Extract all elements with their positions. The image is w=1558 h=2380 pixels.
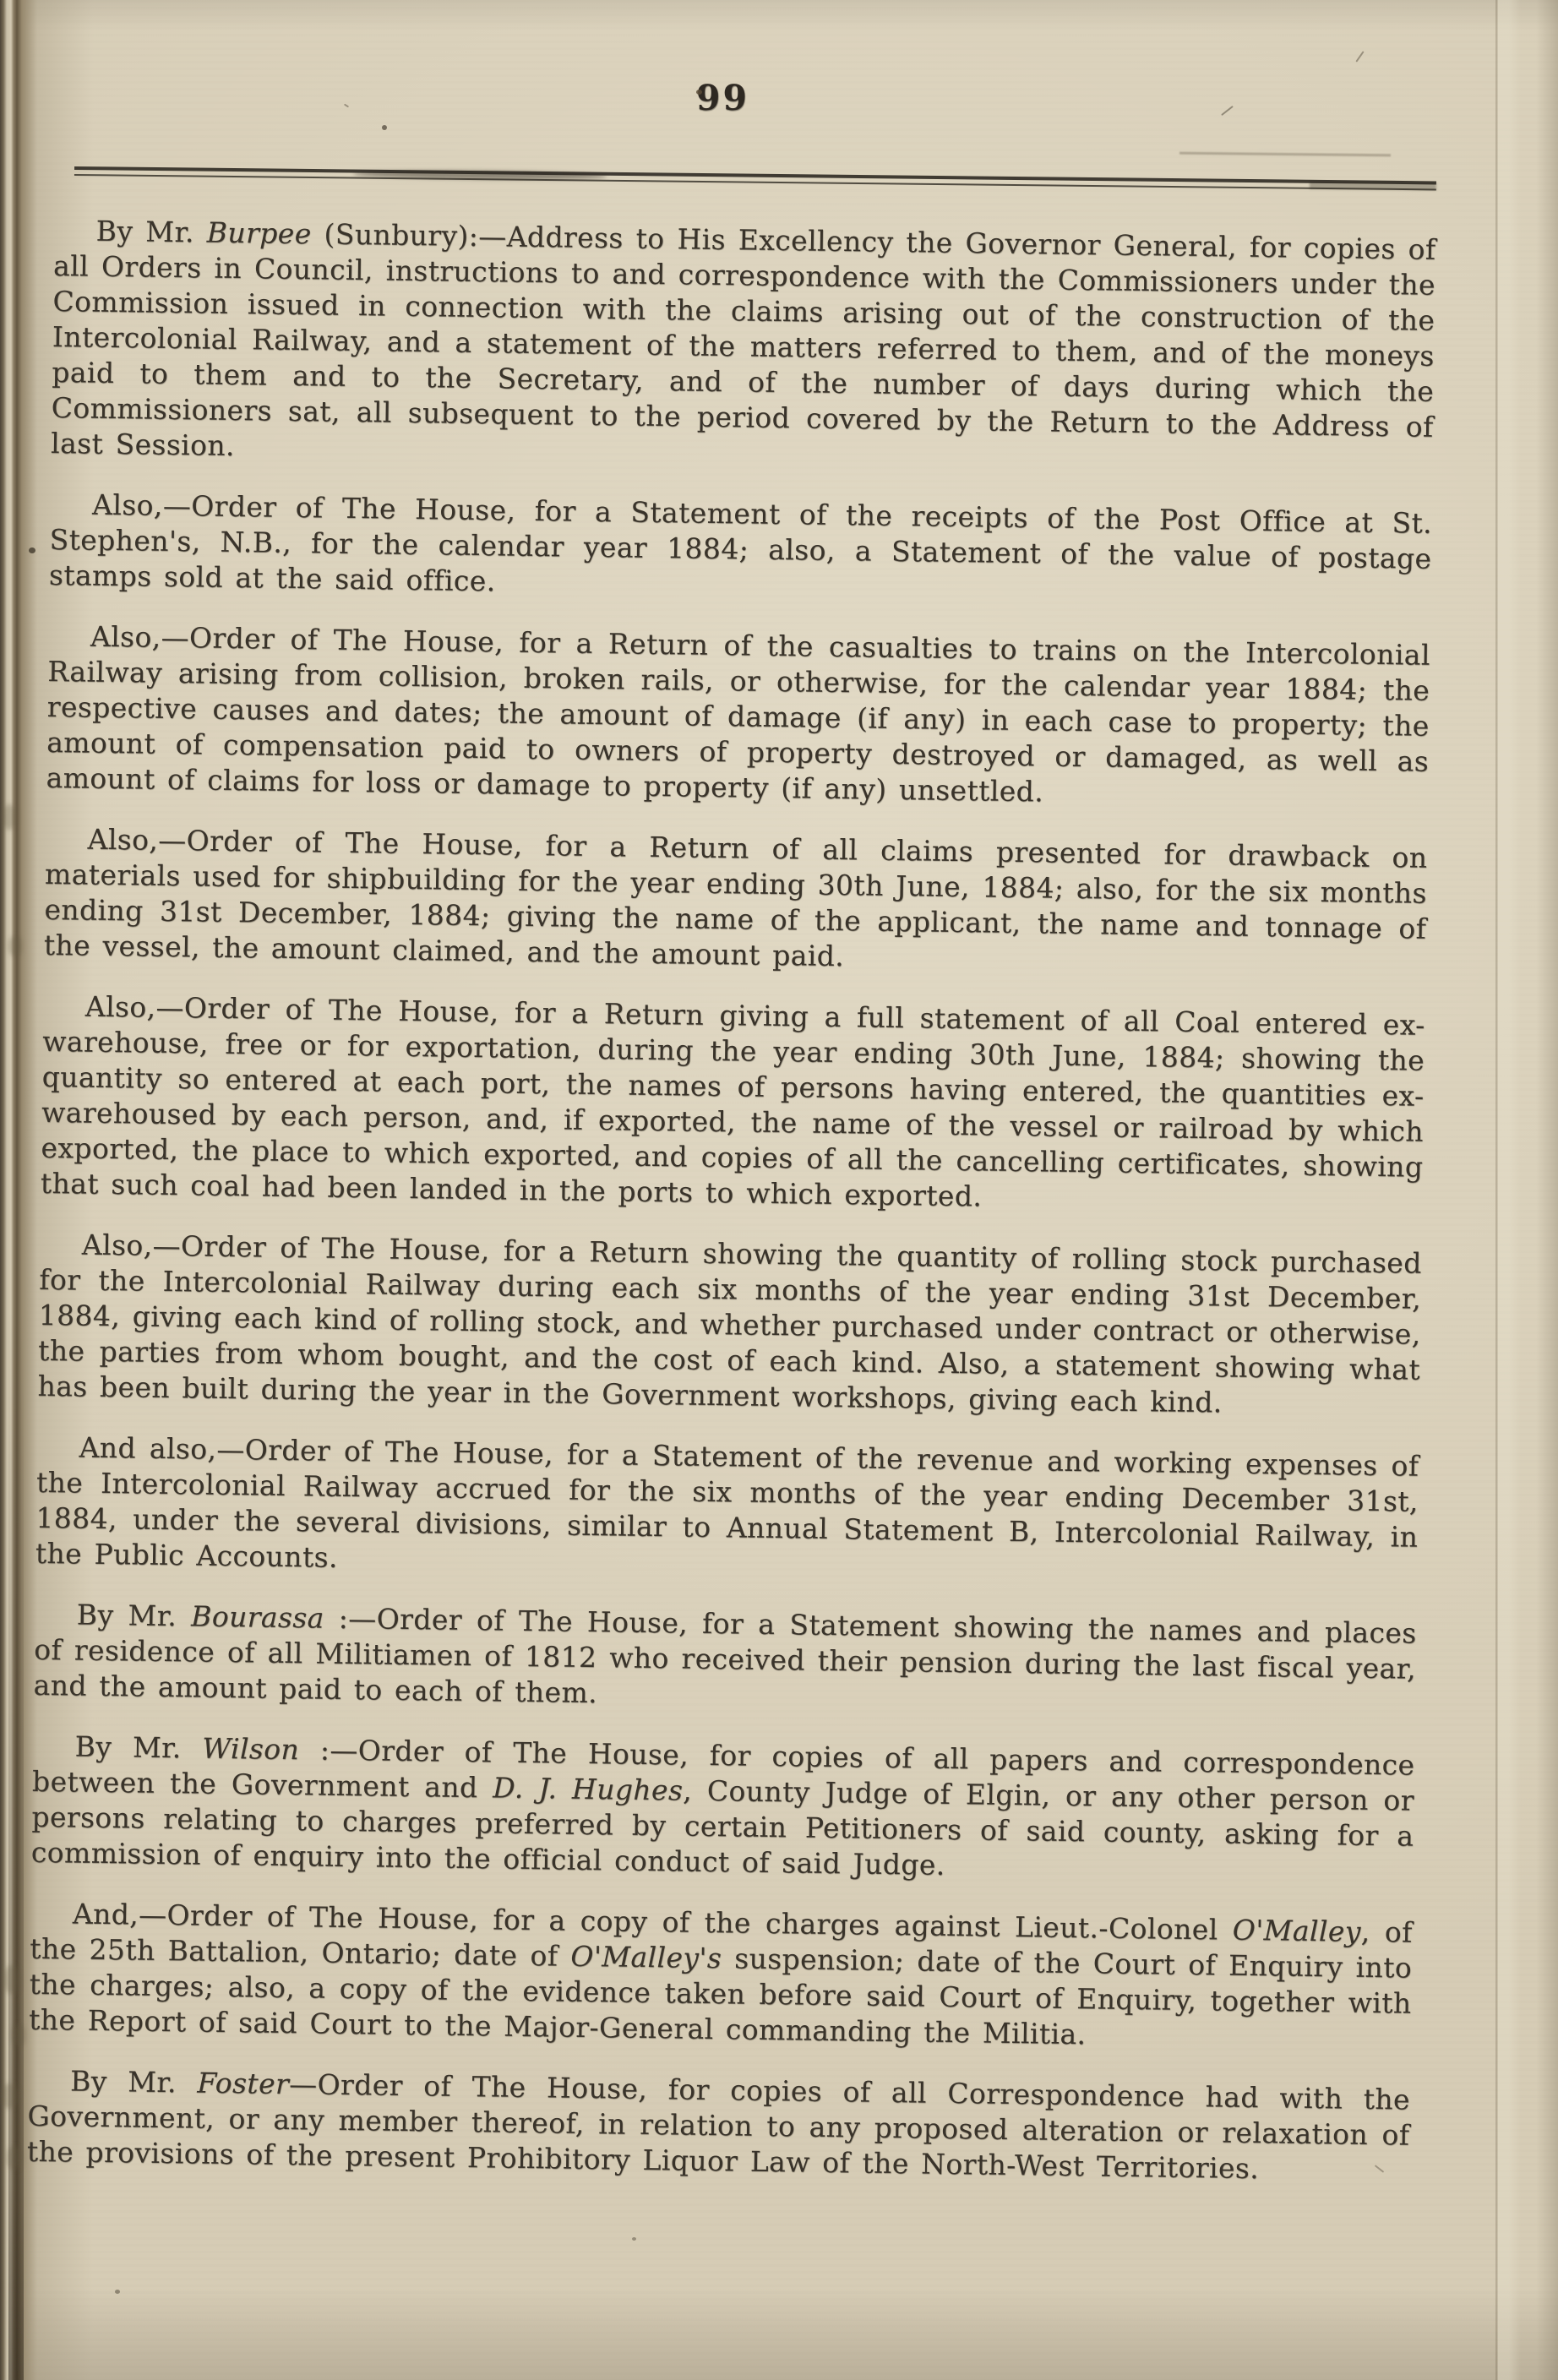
- ink-speck: [344, 104, 349, 108]
- person-name: O'Malley: [1233, 1914, 1362, 1948]
- scratch-mark: [1221, 106, 1234, 116]
- paragraph: And also,—Order of The House, for a Stat…: [35, 1430, 1419, 1591]
- paragraph: By Mr. Foster—Order of The House, for co…: [27, 2063, 1411, 2189]
- paragraph-text: (Sunbury):—Address to His Excellency the…: [51, 217, 1436, 462]
- paragraph-text: Also,—Order of The House, for a Return s…: [37, 1228, 1422, 1419]
- paragraph: Also,—Order of The House, for a Return s…: [37, 1227, 1422, 1424]
- paragraph-text: By Mr.: [70, 2064, 198, 2099]
- member-name: Burpee: [207, 216, 312, 251]
- member-name: Foster: [197, 2067, 289, 2101]
- page-body: By Mr. Burpee (Sunbury):—Address to His …: [26, 213, 1436, 2214]
- paragraph-text: Also,—Order of The House, for a Return g…: [41, 990, 1425, 1213]
- divider-rule-ghost: [1179, 152, 1391, 157]
- ink-speck: [29, 547, 35, 553]
- paragraph: Also,—Order of The House, for a Return g…: [41, 988, 1425, 1221]
- ink-speck: [115, 2290, 120, 2294]
- page-right-edge: [1495, 0, 1558, 2380]
- paragraph-text: Also,—Order of The House, for a Return o…: [44, 823, 1428, 973]
- paragraph: By Mr. Wilson :—Order of The House, for …: [31, 1729, 1415, 1890]
- bleed-through-mark: [12, 2024, 25, 2046]
- bleed-through-mark: [0, 2083, 19, 2109]
- paragraph-text: By Mr.: [77, 1598, 192, 1633]
- paragraph-text: And also,—Order of The House, for a Stat…: [35, 1431, 1419, 1574]
- ink-speck: [382, 125, 387, 130]
- page-number: 99: [696, 78, 749, 118]
- bleed-through-mark: [2, 804, 17, 830]
- member-name: Wilson: [202, 1732, 299, 1767]
- paragraph: By Mr. Bourassa :—Order of The House, fo…: [33, 1597, 1417, 1723]
- bleed-through-mark: [7, 2146, 22, 2170]
- paragraph-text: Also,—Order of The House, for a Statemen…: [49, 488, 1433, 598]
- ink-speck: [696, 90, 702, 95]
- person-name: D. J. Hughes: [493, 1771, 684, 1806]
- paragraph: Also,—Order of The House, for a Return o…: [46, 618, 1430, 815]
- bleed-through-mark: [8, 936, 22, 956]
- paragraph-text: By Mr.: [74, 1730, 202, 1765]
- paragraph: Also,—Order of The House, for a Return o…: [44, 821, 1428, 983]
- person-name: O'Malley's: [570, 1940, 722, 1974]
- scratch-mark: [1355, 51, 1364, 62]
- member-name: Bourassa: [191, 1599, 324, 1634]
- paragraph: Also,—Order of The House, for a Statemen…: [49, 487, 1433, 613]
- paragraph: By Mr. Burpee (Sunbury):—Address to His …: [51, 213, 1436, 481]
- paragraph-text: By Mr.: [95, 215, 207, 249]
- bleed-through-mark: [3, 1965, 20, 1994]
- ink-speck: [632, 2237, 636, 2241]
- scanned-page: 99 By Mr. Burpee (Sunbury):—Address to H…: [0, 0, 1558, 2380]
- paragraph-text: Also,—Order of The House, for a Return o…: [46, 620, 1430, 809]
- divider-rule: [74, 166, 1436, 190]
- paragraph: And,—Order of The House, for a copy of t…: [29, 1896, 1413, 2057]
